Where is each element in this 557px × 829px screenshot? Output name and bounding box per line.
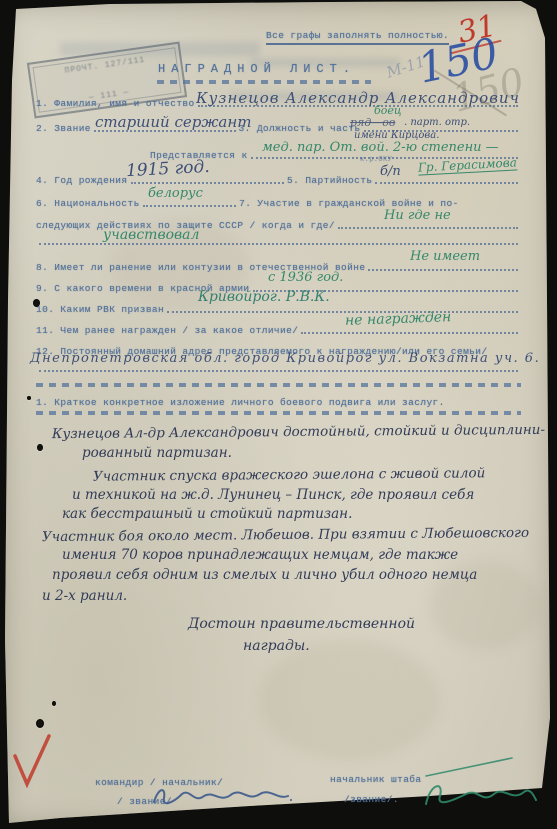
dotted-line — [375, 180, 518, 184]
dotted-line — [167, 309, 518, 313]
position-annotation-mid: . парт. отр. — [404, 117, 470, 128]
dotted-line — [143, 203, 236, 207]
document-title: НАГРАДНОЙ ЛИСТ. — [158, 62, 356, 76]
merit-conclusion-line1: Достоин правительственной — [188, 616, 415, 632]
dotted-line — [368, 267, 518, 271]
title-underline — [157, 80, 371, 84]
commander-signature — [150, 782, 295, 810]
field-prev-awards-label: 11. Чем ранее награжден / за какое отлич… — [36, 325, 298, 336]
field-wounds-value: Не имеет — [410, 249, 480, 264]
field-address-value: Днепропетровская обл. город Кривойрог ул… — [30, 351, 540, 366]
separator-line — [36, 383, 521, 387]
punch-hole — [27, 396, 31, 400]
field-address-dots — [36, 368, 521, 374]
field-name-value: Кузнецов Александр Александрович — [196, 89, 520, 107]
field-party-label: 5. Партийность — [287, 175, 372, 186]
field-birth-party-row: 4. Год рождения 5. Партийность — [36, 175, 521, 186]
field-nationality-label: 6. Национальность — [36, 198, 140, 209]
field-rank-label: 2. Звание — [36, 123, 91, 134]
punch-hole — [52, 701, 56, 706]
field-army-since-value: с 1936 год. — [268, 270, 343, 285]
merit-line: рованный партизан. — [82, 445, 232, 461]
field-nationality-value: белорус — [148, 186, 203, 201]
merit-line: и техникой на ж.д. Лунинец – Пинск, где … — [72, 487, 474, 503]
presented-for-value: мед. пар. От. вой. 2-ю степени — — [262, 140, 499, 155]
field-party-value: б/п — [380, 164, 401, 179]
punch-hole — [36, 719, 44, 728]
merit-conclusion-line2: награды. — [243, 638, 310, 654]
field-rvk-label: 10. Каким РВК призван — [36, 304, 164, 315]
field-name-label: 1. Фамилия, имя и отчество — [36, 98, 195, 109]
merit-line: имения 70 коров принадлежащих немцам, гд… — [62, 547, 458, 563]
merit-heading: 1. Краткое конкретное изложение личного … — [36, 397, 445, 408]
punch-hole — [37, 444, 43, 451]
field-position-label: 3. Должность и часть — [239, 123, 361, 134]
chief-rank-label: /звание/. — [344, 794, 399, 805]
dotted-line — [338, 225, 518, 229]
field-prev-awards-row: 11. Чем ранее награжден / за какое отлич… — [36, 325, 521, 336]
scanned-award-sheet: Все графы заполнять полностью. 31 ПРОЧТ.… — [0, 0, 557, 829]
chief-signature — [420, 774, 540, 819]
merit-line: проявил себя одним из смелых и лично уби… — [52, 567, 477, 583]
field-rvk-value: Кривойрог. Р.В.К. — [198, 289, 330, 305]
position-struck-text: ряд—ов — [350, 116, 395, 129]
merit-line: и 2-х ранил. — [42, 588, 127, 604]
field-civilwar-value-line2: учавствовал — [103, 227, 199, 243]
field-civilwar-value-line1: Ни где не — [384, 208, 451, 223]
field-birthyear-label: 4. Год рождения — [36, 175, 128, 186]
merit-line: Участник спуска вражеского эшелона с жив… — [93, 465, 485, 484]
dotted-line — [301, 330, 518, 334]
chief-of-staff-label: начальник штаба — [330, 774, 422, 785]
field-rank-value: старший сержант — [95, 113, 251, 131]
paper-stain — [260, 640, 440, 760]
merit-line: как бесстрашный и стойкий партизан. — [62, 506, 352, 522]
red-checkmark — [8, 730, 58, 794]
dotted-line — [131, 180, 285, 184]
separator-line — [36, 411, 521, 415]
punch-hole — [33, 299, 40, 307]
dotted-line — [39, 368, 518, 372]
party-small-note: к.р.ОКУ — [360, 156, 392, 164]
